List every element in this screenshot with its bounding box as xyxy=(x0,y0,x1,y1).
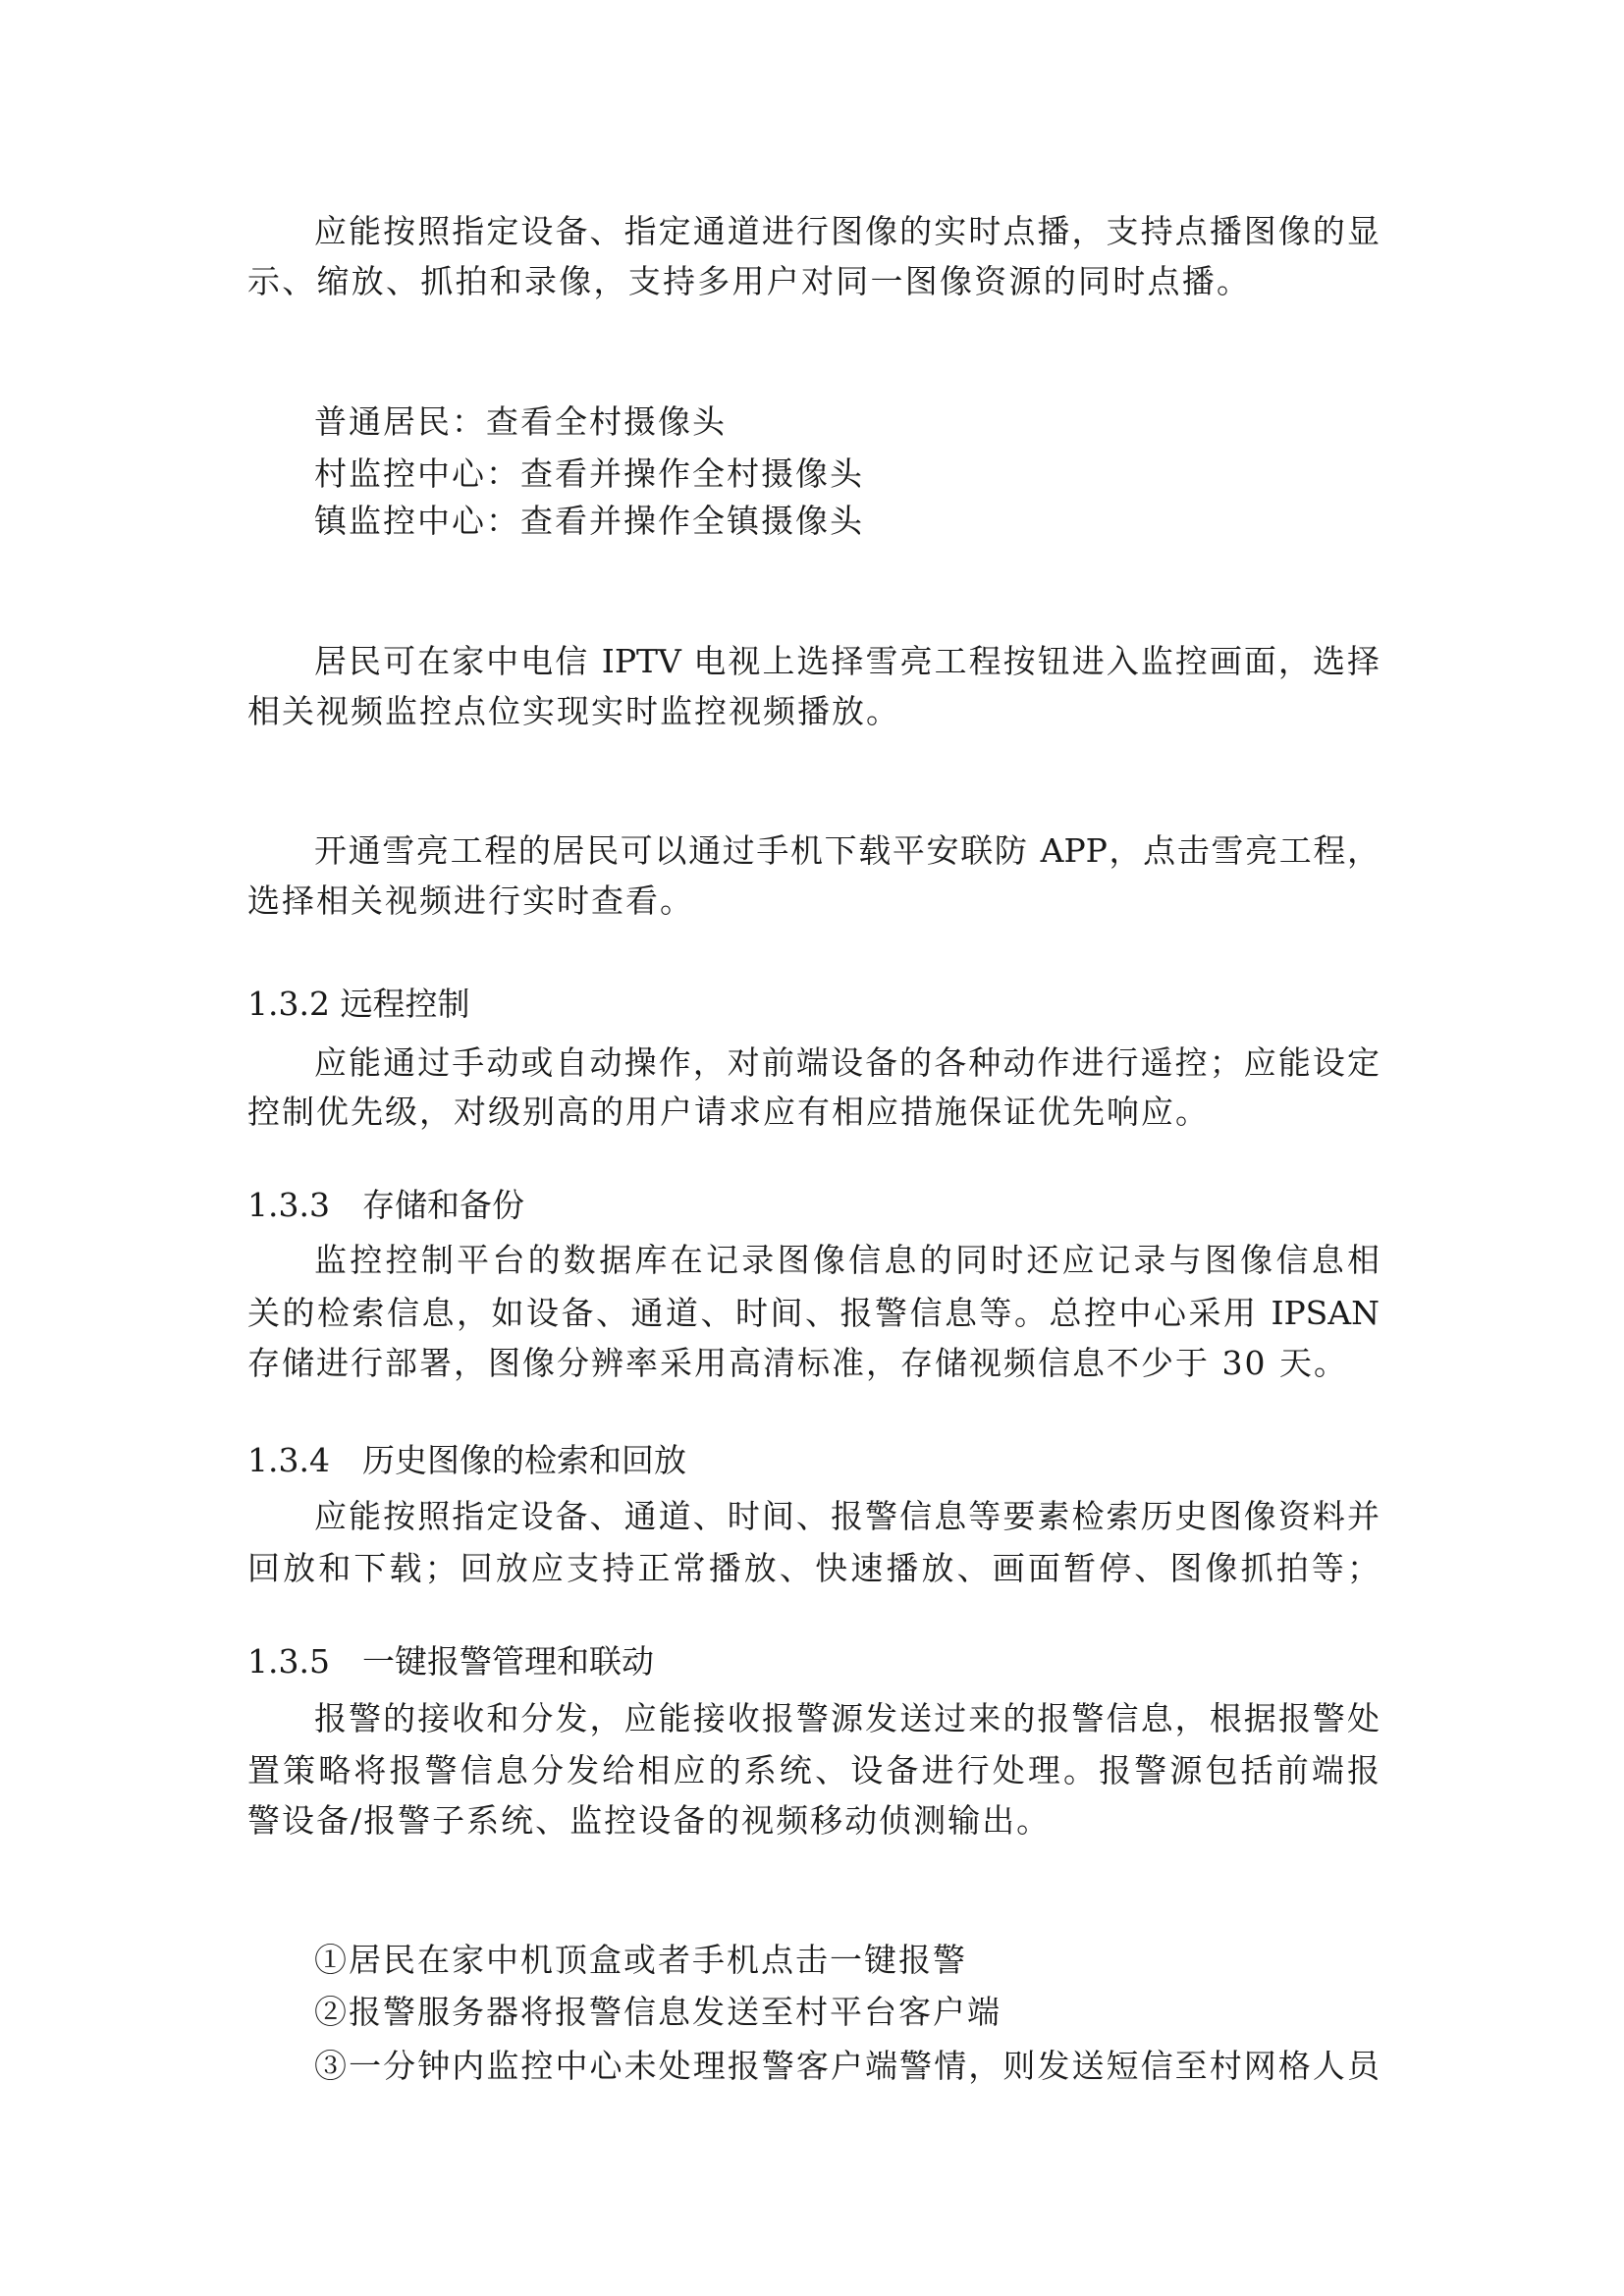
heading-1-3-3: 1.3.3 存储和备份 xyxy=(247,1186,524,1225)
paragraph-playback-line-2: 示、缩放、抓拍和录像，支持多用户对同一图像资源的同时点播。 xyxy=(247,262,1249,301)
heading-1-3-4: 1.3.4 历史图像的检索和回放 xyxy=(247,1441,686,1480)
heading-1-3-5: 1.3.5 一键报警管理和联动 xyxy=(247,1642,654,1682)
section-1-3-4-line-1: 应能按照指定设备、通道、时间、报警信息等要素检索历史图像资料并 xyxy=(314,1497,1380,1536)
heading-1-3-2: 1.3.2 远程控制 xyxy=(247,985,469,1024)
section-1-3-5-line-2: 置策略将报警信息分发给相应的系统、设备进行处理。报警源包括前端报 xyxy=(247,1751,1380,1790)
role-village-center: 村监控中心：查看并操作全村摄像头 xyxy=(314,454,864,494)
paragraph-iptv-line-1: 居民可在家中电信 IPTV 电视上选择雪亮工程按钮进入监控画面，选择 xyxy=(314,642,1380,681)
paragraph-app-line-2: 选择相关视频进行实时查看。 xyxy=(247,881,694,921)
section-1-3-3-line-2: 关的检索信息，如设备、通道、时间、报警信息等。总控中心采用 IPSAN xyxy=(247,1294,1380,1333)
paragraph-playback-line-1: 应能按照指定设备、指定通道进行图像的实时点播，支持点播图像的显 xyxy=(314,212,1380,251)
section-1-3-5-line-3: 警设备/报警子系统、监控设备的视频移动侦测输出。 xyxy=(247,1801,1051,1841)
alarm-step-2: ②报警服务器将报警信息发送至村平台客户端 xyxy=(314,1993,1001,2032)
paragraph-app-line-1: 开通雪亮工程的居民可以通过手机下载平安联防 APP，点击雪亮工程， xyxy=(314,831,1380,871)
section-1-3-3-line-3: 存储进行部署，图像分辨率采用高清标准，存储视频信息不少于 30 天。 xyxy=(247,1344,1348,1383)
section-1-3-4-line-2: 回放和下载；回放应支持正常播放、快速播放、画面暂停、图像抓拍等； xyxy=(247,1549,1380,1588)
alarm-step-3: ③一分钟内监控中心未处理报警客户端警情，则发送短信至村网格人员 xyxy=(314,2047,1380,2086)
role-town-center: 镇监控中心：查看并操作全镇摄像头 xyxy=(314,502,864,541)
section-1-3-2-line-2: 控制优先级，对级别高的用户请求应有相应措施保证优先响应。 xyxy=(247,1093,1210,1132)
section-1-3-5-line-1: 报警的接收和分发，应能接收报警源发送过来的报警信息，根据报警处 xyxy=(314,1699,1380,1738)
section-1-3-3-line-1: 监控控制平台的数据库在记录图像信息的同时还应记录与图像信息相 xyxy=(314,1241,1380,1280)
document-page: 应能按照指定设备、指定通道进行图像的实时点播，支持点播图像的显 示、缩放、抓拍和… xyxy=(0,0,1624,2296)
alarm-step-1: ①居民在家中机顶盒或者手机点击一键报警 xyxy=(314,1941,967,1980)
section-1-3-2-line-1: 应能通过手动或自动操作，对前端设备的各种动作进行遥控；应能设定 xyxy=(314,1043,1380,1083)
role-resident: 普通居民：查看全村摄像头 xyxy=(314,402,727,442)
paragraph-iptv-line-2: 相关视频监控点位实现实时监控视频播放。 xyxy=(247,692,900,731)
